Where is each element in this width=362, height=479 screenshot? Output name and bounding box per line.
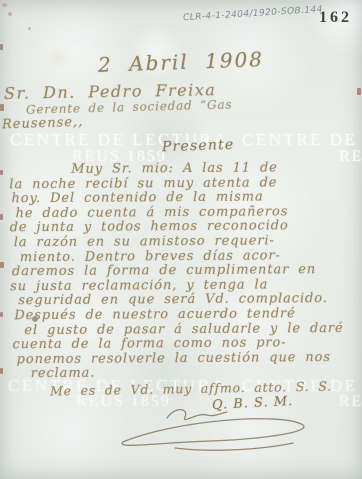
paper-edge-mark: [0, 312, 3, 317]
paper-edge-mark: [0, 44, 3, 50]
scanned-letter-page: CENTRE DE LECTURA CENTRE DE LECTURA REUS…: [0, 0, 362, 479]
recipient-line: Reusense,,: [2, 115, 84, 133]
paper-edge-mark: [0, 104, 4, 111]
signature-flourish: [115, 402, 315, 457]
paper-edge-mark: [0, 170, 3, 175]
paper-edge-mark: [0, 214, 3, 220]
paper-speck: [28, 27, 31, 30]
paper-edge-mark: [0, 262, 4, 268]
paper-edge-mark: [0, 368, 3, 374]
letter-body: Muy Sr. mio: A las 11 de la noche recibí…: [9, 161, 361, 382]
paper-edge-mark: [357, 88, 361, 95]
salutation: Presente: [162, 137, 235, 156]
watermark-reus-1859: REUS 1859: [339, 393, 362, 411]
page-number-stamp: 162: [319, 9, 352, 27]
letter-date: 2 Abril 1908: [98, 47, 265, 77]
archive-reference: CLR-4-1-2404/1920-SOB.144: [183, 5, 323, 24]
watermark-centre-de-lectura: CENTRE DE LECTURA: [242, 130, 362, 150]
paper-speck: [8, 12, 12, 16]
paper-speck: [2, 3, 7, 7]
